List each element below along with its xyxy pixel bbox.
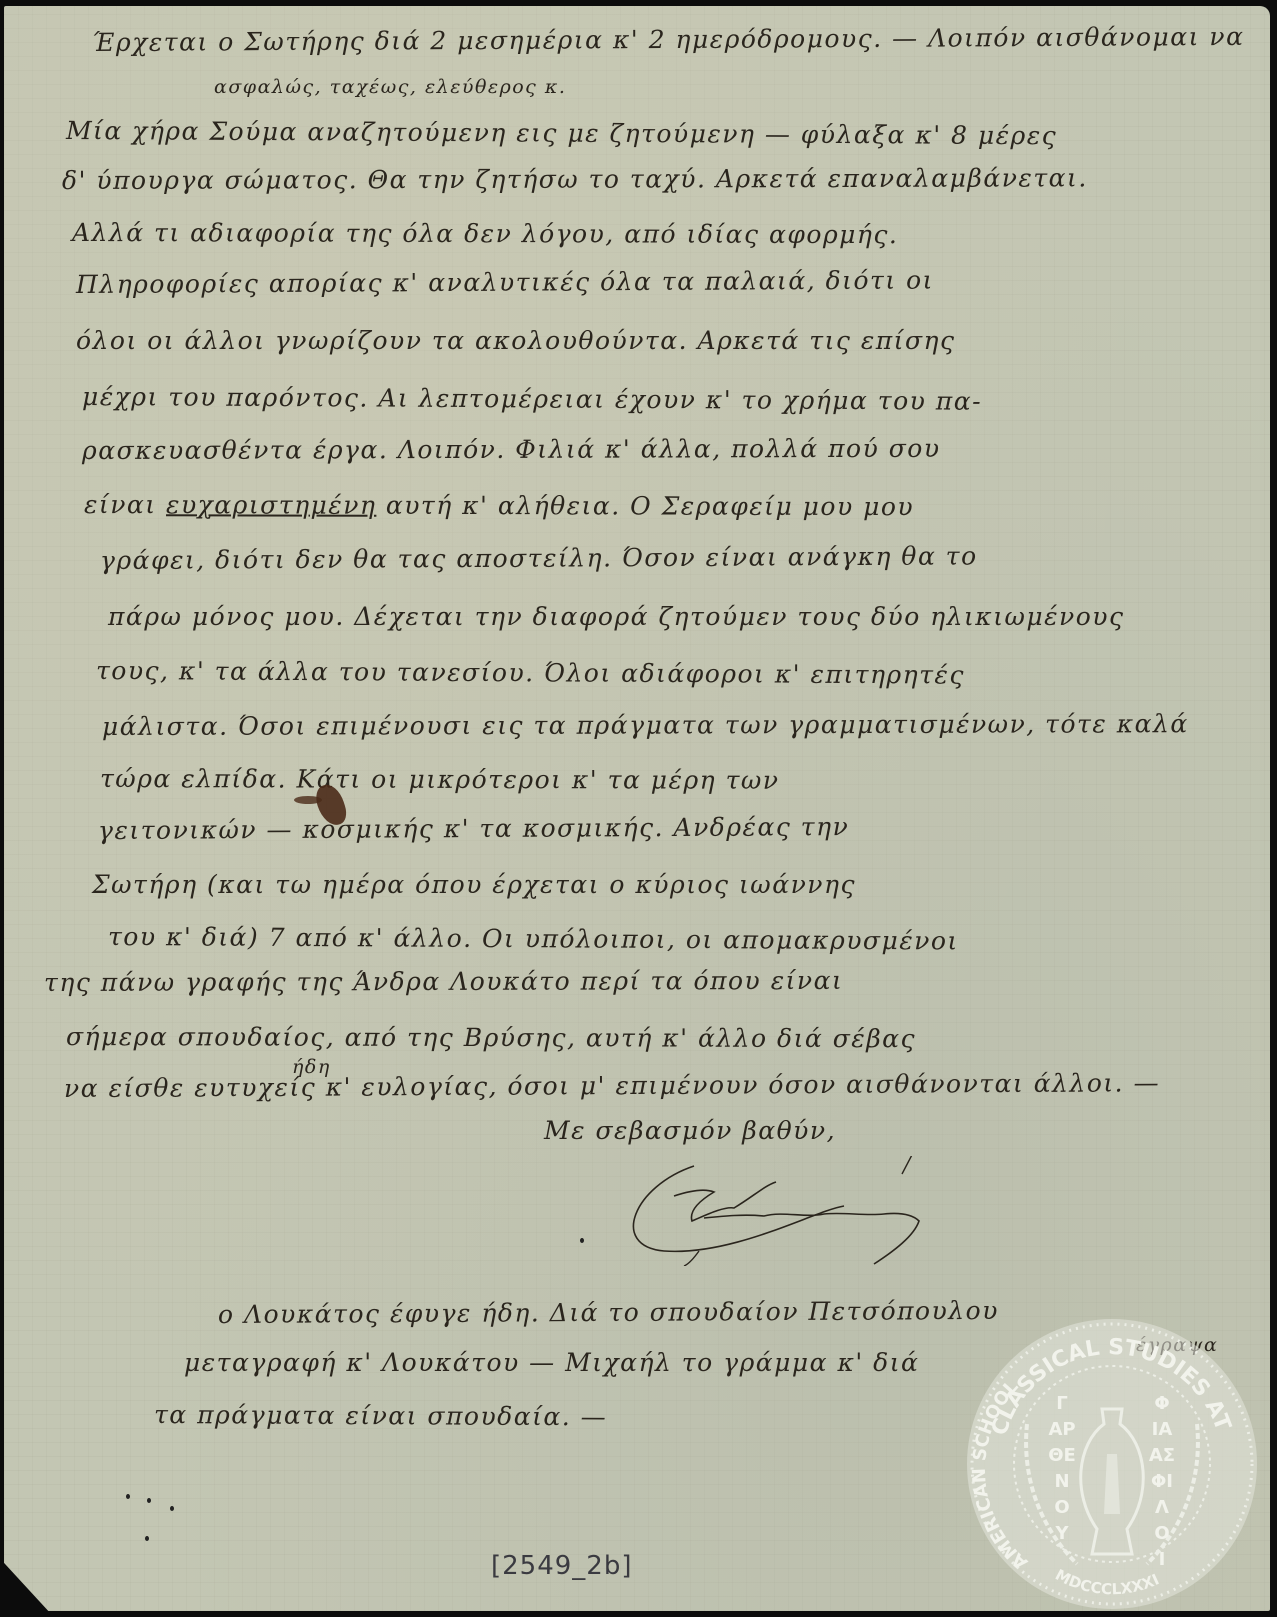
letter-line: Αλλά τι αδιαφορία της όλα δεν λόγου, από… [72, 218, 898, 249]
postscript-line: μεταγραφή κ' Λουκάτου — Μιχαήλ το γράμμα… [184, 1348, 919, 1377]
seal-letter: Φ [1154, 1393, 1169, 1414]
seal-letter: Λ [1155, 1497, 1169, 1518]
seal-letter: ΑΣ [1149, 1445, 1175, 1466]
letter-line: τους, κ' τα άλλα του τανεσίου. Όλοι αδιά… [96, 656, 965, 690]
letter-line: Πληροφορίες απορίας κ' αναλυτικές όλα τα… [76, 266, 934, 299]
archive-reference-label: [2549_2b] [491, 1551, 633, 1581]
letter-line: δ' ύπουργα σώματος. Θα την ζητήσω το ταχ… [62, 163, 1088, 195]
letter-page: Έρχεται ο Σωτήρης διά 2 μεσημέρια κ' 2 η… [4, 6, 1270, 1611]
letter-line: είναι ευχαριστημένη αυτή κ' αλήθεια. Ο Σ… [84, 490, 914, 521]
letter-line: της πάνω γραφής της Άνδρα Λουκάτο περί τ… [44, 966, 843, 997]
signature [614, 1156, 954, 1266]
seal-letter: Υ [1054, 1523, 1069, 1544]
postscript-line: ο Λουκάτος έφυγε ήδη. Διά το σπουδαίον Π… [218, 1296, 999, 1329]
letter-line: ασφαλώς, ταχέως, ελεύθερος κ. [214, 76, 566, 98]
letter-line: γειτονικών — κοσμικής κ' τα κοσμικής. Αν… [98, 812, 849, 845]
seal-letter: Γ [1056, 1393, 1067, 1414]
institution-seal: CLASSICAL STUDIES AT AMERICAN SCHOOL OF … [962, 1314, 1262, 1614]
letter-line: ρασκευασθέντα έργα. Λοιπόν. Φιλιά κ' άλλ… [82, 434, 941, 465]
seal-letter: Ι [1159, 1549, 1166, 1570]
seal-letter: Ν [1054, 1471, 1069, 1492]
underlined-word: ευχαριστημένη [166, 490, 376, 520]
letter-line: Μία χήρα Σούμα αναζητούμενη εις με ζητού… [66, 116, 1057, 150]
seal-letter: ΙΑ [1152, 1419, 1173, 1440]
letter-line: τώρα ελπίδα. Κάτι οι μικρότεροι κ' τα μέ… [100, 764, 780, 795]
letter-line: Σωτήρη (και τω ημέρα όπου έρχεται ο κύρι… [92, 870, 856, 899]
letter-line: γράφει, διότι δεν θα τας αποστείλη. Όσον… [100, 541, 978, 575]
letter-line: μάλιστα. Όσοι επιμένουσι εις τα πράγματα… [102, 709, 1189, 741]
letter-line: όλοι οι άλλοι γνωρίζουν τα ακολουθούντα.… [76, 326, 956, 355]
seal-letter: Ο [1054, 1497, 1069, 1518]
seal-letter: ΘΕ [1048, 1445, 1076, 1466]
letter-line: ήδη [292, 1056, 331, 1078]
postscript-line: τα πράγματα είναι σπουδαία. — [154, 1400, 607, 1431]
seal-letter: Ο [1154, 1523, 1169, 1544]
letter-line: σήμερα σπουδαίος, από της Βρύσης, αυτή κ… [66, 1022, 916, 1053]
closing-line: Με σεβασμόν βαθύν, [544, 1116, 836, 1145]
letter-line: Έρχεται ο Σωτήρης διά 2 μεσημέρια κ' 2 η… [92, 22, 1245, 57]
seal-letter: ΑΡ [1048, 1419, 1075, 1440]
letter-line: πάρω μόνος μου. Δέχεται την διαφορά ζητο… [108, 602, 1125, 631]
seal-letter: ΦΙ [1151, 1471, 1173, 1492]
ink-stain-trail [294, 796, 322, 804]
letter-line: να είσθε ευτυχείς κ' ευλογίας, όσοι μ' ε… [64, 1068, 1160, 1103]
letter-line: μέχρι του παρόντος. Αι λεπτομέρειαι έχου… [82, 382, 982, 416]
letter-line: του κ' διά) 7 από κ' άλλο. Οι υπόλοιποι,… [108, 922, 959, 955]
